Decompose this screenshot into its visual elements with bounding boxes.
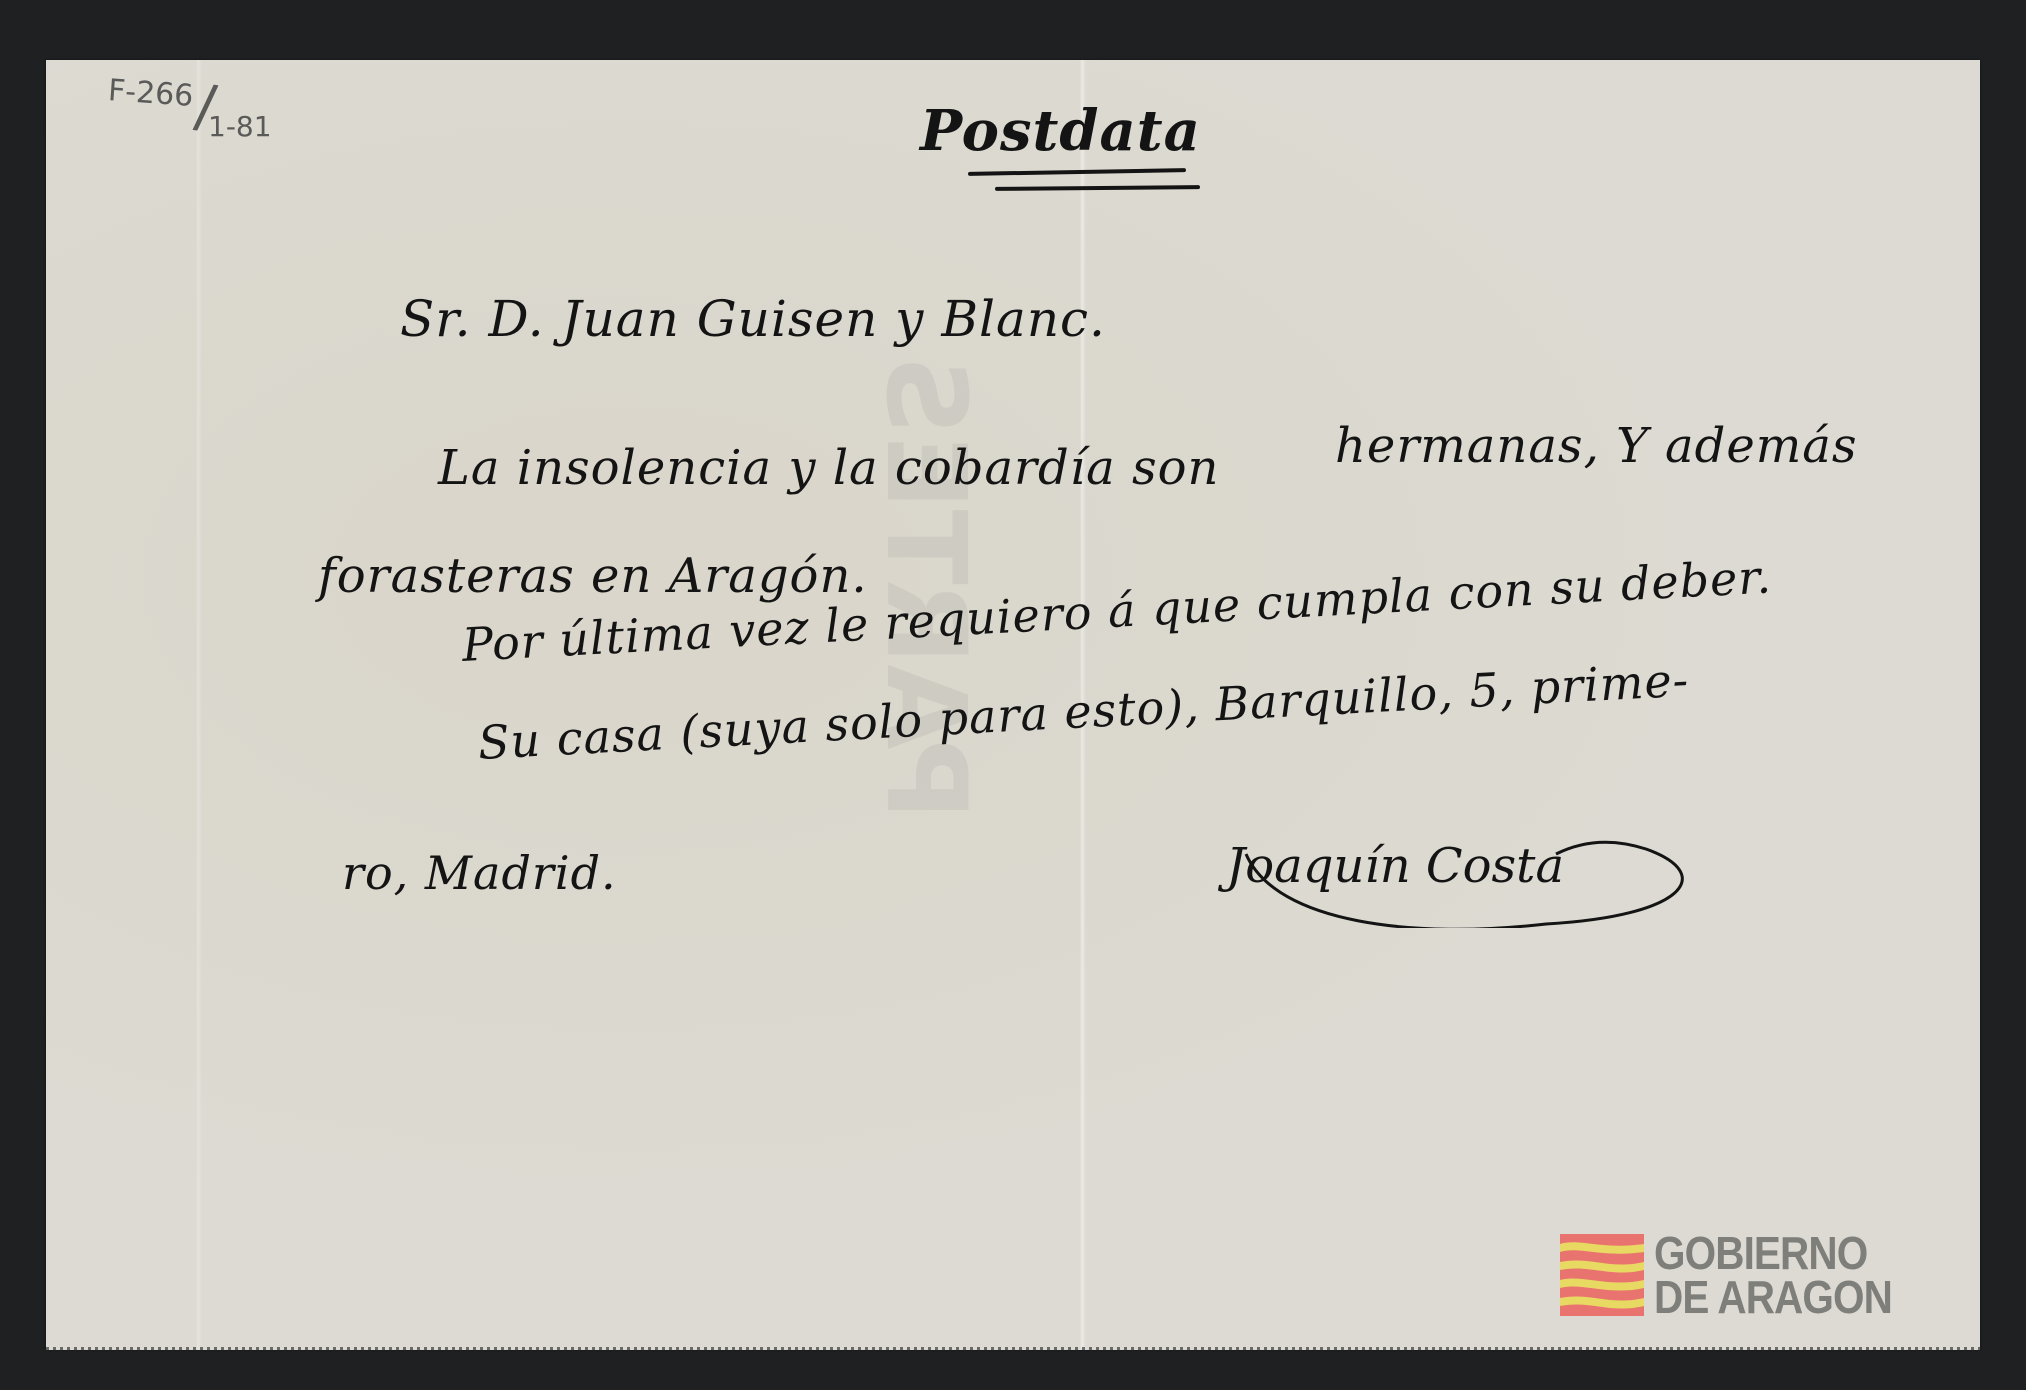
gobierno-de-aragon-logo: GOBIERNO DE ARAGON (1560, 1233, 1924, 1317)
logo-line-1: GOBIERNO (1654, 1233, 1892, 1273)
catalog-mark-sub: 1-81 (208, 110, 272, 143)
torn-bottom-edge (46, 1347, 1980, 1353)
catalog-mark-main: F-266 (107, 73, 195, 114)
body-line-5: ro, Madrid. (342, 846, 617, 900)
logo-text: GOBIERNO DE ARAGON (1654, 1233, 1924, 1317)
bleed-through-text: PARTES (862, 355, 990, 820)
body-line-2: forasteras en Aragón. (318, 548, 868, 604)
letter-title: Postdata (920, 98, 1201, 164)
salutation: Sr. D. Juan Guisen y Blanc. (400, 290, 1106, 348)
body-line-1-continued: hermanas, Y además (1335, 418, 1858, 474)
body-line-1: La insolencia y la cobardía son (438, 440, 1219, 496)
signature-name: Joaquín Costa (1226, 838, 1564, 894)
signature: Joaquín Costa (1216, 824, 1706, 928)
document-viewer: PARTES F-266 / 1-81 Postdata Sr. D. Juan… (0, 0, 2026, 1390)
logo-line-2: DE ARAGON (1654, 1277, 1892, 1317)
aragon-flag-icon (1560, 1234, 1644, 1316)
